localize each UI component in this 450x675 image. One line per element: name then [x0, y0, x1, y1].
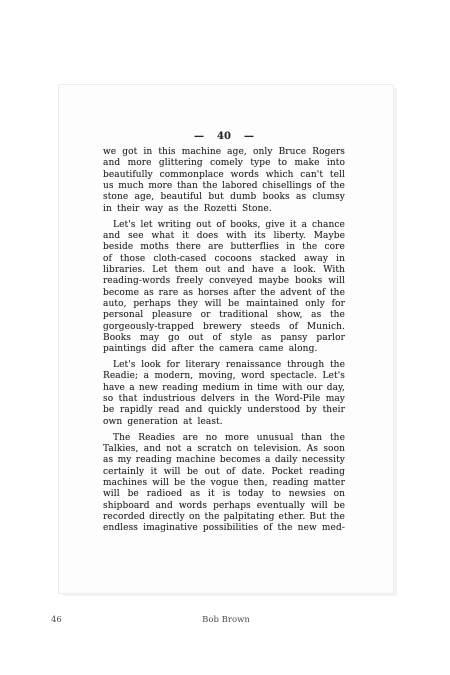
text-line: Readie; a modern, moving, word spectacle… — [103, 371, 345, 382]
text-line: of those cloth-cased cocoons stacked awa… — [103, 254, 345, 265]
text-line: beautifully commonplace words which can'… — [103, 170, 345, 181]
text-line: auto, perhaps they will be maintained on… — [103, 299, 345, 310]
text-line: Let's look for literary renaissance thro… — [103, 360, 345, 371]
text-line: paintings did after the camera came alon… — [103, 344, 345, 355]
page-body: we got in this machine age, only Bruce R… — [103, 147, 345, 535]
running-title: Bob Brown — [58, 615, 394, 625]
text-line: we got in this machine age, only Bruce R… — [103, 147, 345, 158]
text-line: and see what it does with its liberty. M… — [103, 231, 345, 242]
header-left-dash: — — [194, 131, 204, 142]
text-line: us much more than the labored chiselling… — [103, 181, 345, 192]
text-line: so that industrious delvers in the Word-… — [103, 394, 345, 405]
text-line: Talkies, and not a scratch on television… — [103, 444, 345, 455]
text-line: beside moths there are butterflies in th… — [103, 242, 345, 253]
text-line: machines will be the vogue then, reading… — [103, 478, 345, 489]
text-line: be rapidly read and quickly understood b… — [103, 405, 345, 416]
text-line: shipboard and words perhaps eventually w… — [103, 501, 345, 512]
paragraph: Let's look for literary renaissance thro… — [103, 360, 345, 428]
text-line: Books may go out of style as pansy parlo… — [103, 333, 345, 344]
page-header: — 40 — — [103, 131, 345, 142]
text-line: will be radioed as it is today to newsie… — [103, 489, 345, 500]
book-spread-background: — 40 — we got in this machine age, only … — [0, 0, 450, 675]
text-line: become as rare as horses after the adven… — [103, 288, 345, 299]
text-line: Let's let writing out of books, give it … — [103, 220, 345, 231]
paragraph: The Readies are no more unusual than the… — [103, 433, 345, 535]
paragraph: Let's let writing out of books, give it … — [103, 220, 345, 356]
text-line: The Readies are no more unusual than the — [103, 433, 345, 444]
text-line: and more glittering comely type to make … — [103, 158, 345, 169]
text-line: libraries. Let them out and have a look.… — [103, 265, 345, 276]
text-line: certainly it will be out of date. Pocket… — [103, 467, 345, 478]
header-right-dash: — — [244, 131, 254, 142]
text-line: gorgeously-trapped brewery steeds of Mun… — [103, 322, 345, 333]
text-line: have a new reading medium in time with o… — [103, 383, 345, 394]
text-line: as my reading machine becomes a daily ne… — [103, 455, 345, 466]
text-line: own generation at least. — [103, 417, 345, 428]
scanned-page: — 40 — we got in this machine age, only … — [58, 84, 394, 594]
paragraph: we got in this machine age, only Bruce R… — [103, 147, 345, 215]
text-line: endless imaginative possibilities of the… — [103, 523, 345, 534]
text-line: recorded directly on the palpitating eth… — [103, 512, 345, 523]
text-line: personal pleasure or traditional show, a… — [103, 310, 345, 321]
text-line: in their way as the Rozetti Stone. — [103, 204, 345, 215]
text-line: stone age, beautiful but dumb books as c… — [103, 192, 345, 203]
page-number: 40 — [217, 131, 231, 142]
text-line: reading-words freely conveyed maybe book… — [103, 276, 345, 287]
